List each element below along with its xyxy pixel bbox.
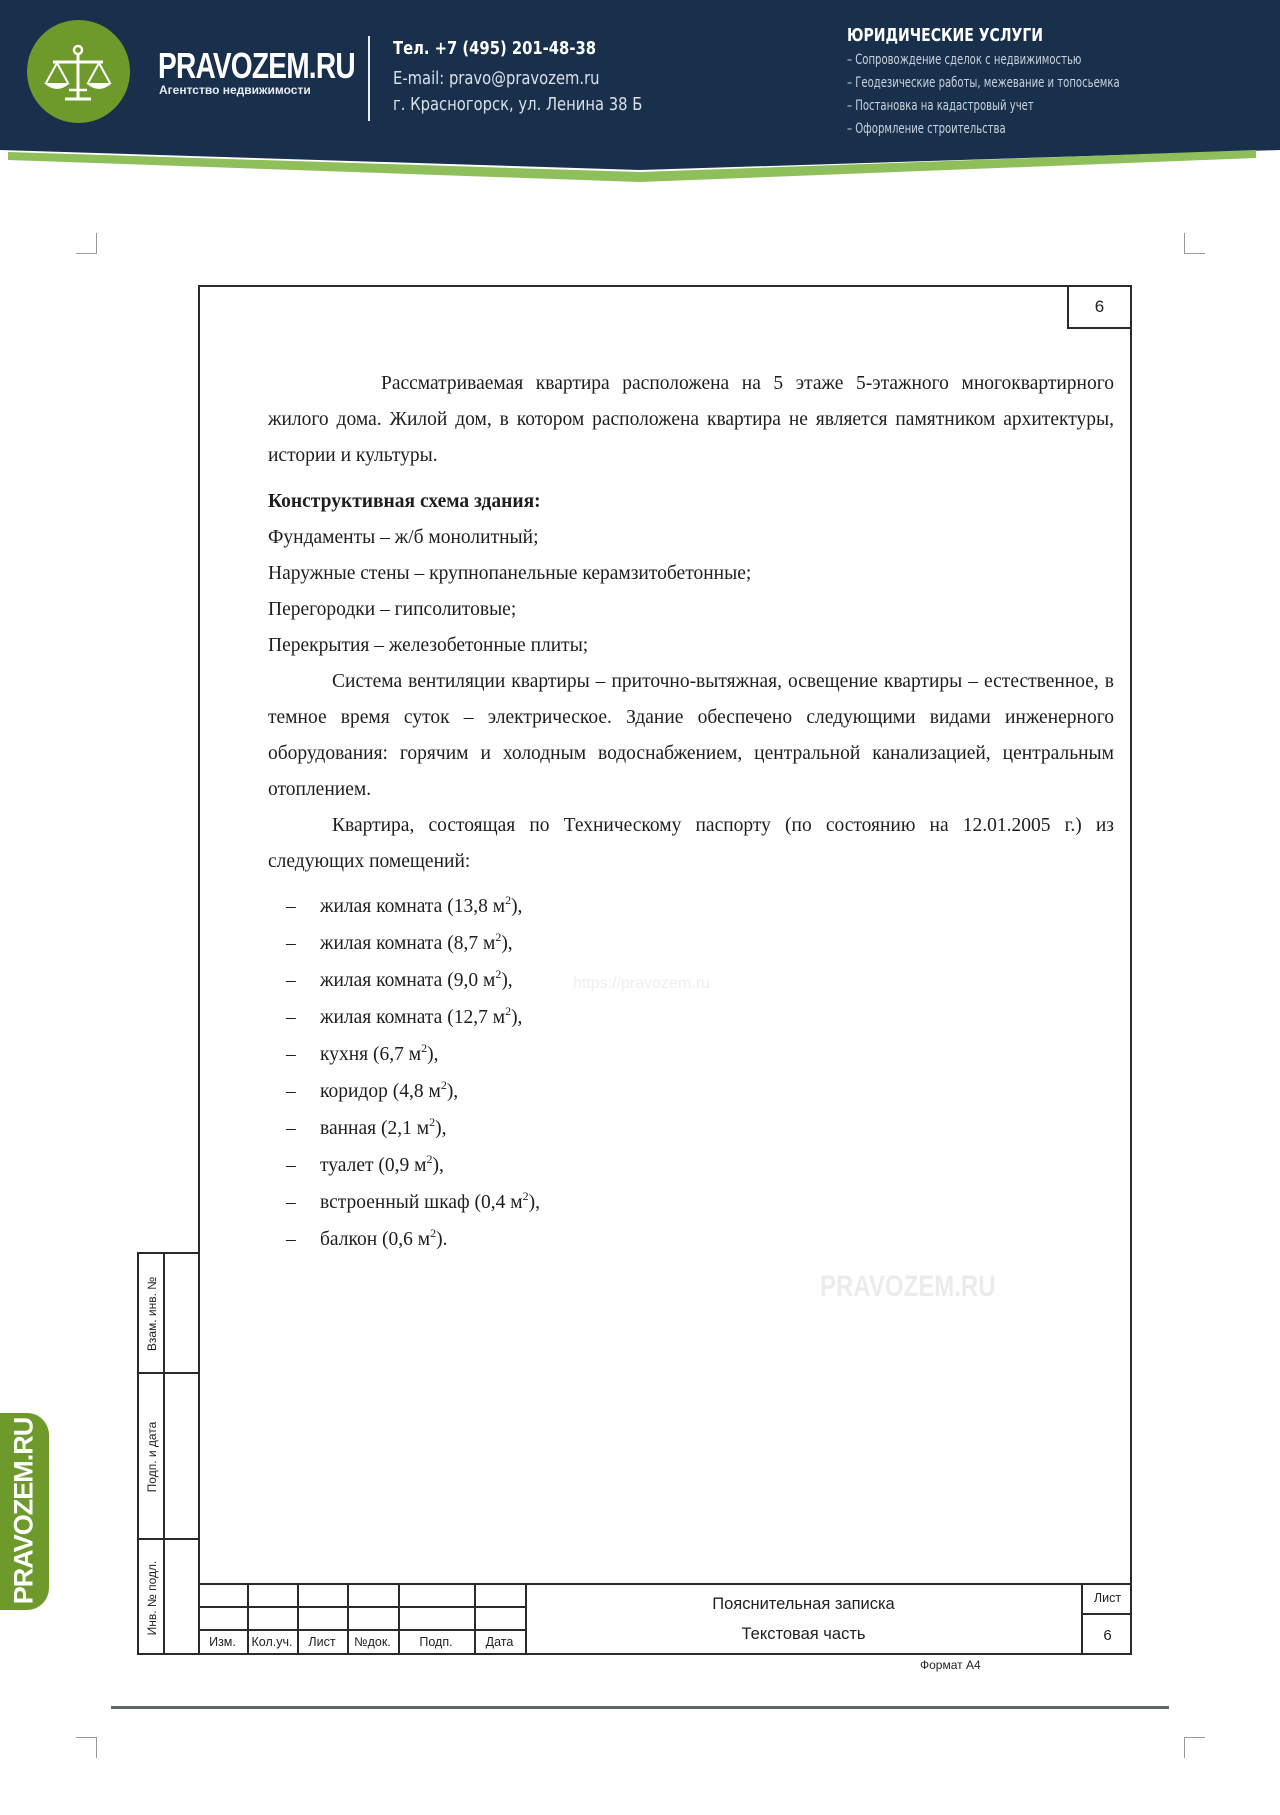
- paragraph-location: Рассматриваемая квартира расположена на …: [268, 366, 1114, 474]
- area-unit: м: [493, 1007, 505, 1028]
- stamp-title-line1: Пояснительная записка: [526, 1595, 1081, 1614]
- crop-mark-bottom-left: [76, 1737, 97, 1758]
- room-list-item: –жилая комната (13,8 м2),: [286, 888, 540, 925]
- address: г. Красногорск, ул. Ленина 38 Б: [393, 94, 642, 115]
- phone[interactable]: Тел. +7 (495) 201-48-38: [393, 38, 596, 59]
- room-end: ),: [427, 1044, 438, 1065]
- column-label: Дата: [474, 1635, 525, 1649]
- paper-format: Формат А4: [920, 1658, 981, 1672]
- room-end: ),: [529, 1192, 540, 1213]
- column-label: Изм.: [198, 1635, 247, 1649]
- rooms-list: –жилая комната (13,8 м2),–жилая комната …: [286, 888, 540, 1258]
- room-list-item: –балкон (0,6 м2).: [286, 1221, 540, 1258]
- construction-item: Наружные стены – крупнопанельные керамзи…: [268, 556, 1114, 592]
- scales-icon: [27, 20, 130, 123]
- service-item: – Геодезические работы, межевание и топо…: [847, 75, 1120, 91]
- side-cell: Подп. и дата: [139, 1374, 198, 1540]
- room-list-item: –жилая комната (12,7 м2),: [286, 999, 540, 1036]
- room-end: ),: [511, 896, 522, 917]
- brand-name[interactable]: PRAVOZEM.RU: [158, 48, 355, 84]
- room-end: ),: [511, 1007, 522, 1028]
- room-area: 0,9: [385, 1155, 409, 1176]
- room-name: коридор: [320, 1081, 388, 1102]
- room-end: ),: [432, 1155, 443, 1176]
- room-list-item: –жилая комната (9,0 м2),: [286, 962, 540, 999]
- column-label: Кол.уч.: [247, 1635, 297, 1649]
- room-name: жилая комната: [320, 1007, 442, 1028]
- column-label: №док.: [347, 1635, 398, 1649]
- tb-line: [1081, 1613, 1132, 1615]
- tb-line: [525, 1583, 527, 1655]
- room-end: ),: [435, 1118, 446, 1139]
- side-label: Инв. № подл.: [145, 1561, 159, 1636]
- sheet-label: Лист: [1083, 1591, 1132, 1605]
- room-area: 13,8: [454, 896, 488, 917]
- column-label: Подп.: [398, 1635, 474, 1649]
- document-body: Рассматриваемая квартира расположена на …: [268, 366, 1114, 880]
- list-dash: –: [286, 1221, 320, 1258]
- email[interactable]: E-mail: pravo@pravozem.ru: [393, 68, 600, 89]
- room-list-item: –туалет (0,9 м2),: [286, 1147, 540, 1184]
- logo[interactable]: [27, 20, 130, 123]
- room-list-item: –ванная (2,1 м2),: [286, 1110, 540, 1147]
- room-list-item: –встроенный шкаф (0,4 м2),: [286, 1184, 540, 1221]
- room-end: ),: [447, 1081, 458, 1102]
- construction-item: Фундаменты – ж/б монолитный;: [268, 520, 1114, 556]
- header-divider: [368, 36, 370, 121]
- room-area: 2,1: [387, 1118, 411, 1139]
- construction-item: Перегородки – гипсолитовые;: [268, 592, 1114, 628]
- area-unit: м: [409, 1044, 421, 1065]
- area-unit: м: [428, 1081, 440, 1102]
- list-dash: –: [286, 1073, 320, 1110]
- area-unit: м: [483, 933, 495, 954]
- title-block: Изм. Кол.уч. Лист №док. Подп. Дата Поясн…: [198, 1583, 1132, 1655]
- list-dash: –: [286, 962, 320, 999]
- list-dash: –: [286, 888, 320, 925]
- service-item: – Сопровождение сделок с недвижимостью: [847, 52, 1081, 68]
- room-area: 12,7: [454, 1007, 488, 1028]
- stamp-title-line2: Текстовая часть: [526, 1625, 1081, 1644]
- room-area: 9,0: [454, 970, 478, 991]
- list-dash: –: [286, 1110, 320, 1147]
- side-cell: Взам. инв. №: [139, 1254, 198, 1374]
- room-name: балкон: [320, 1229, 377, 1250]
- room-name: жилая комната: [320, 933, 442, 954]
- list-dash: –: [286, 925, 320, 962]
- room-list-item: –коридор (4,8 м2),: [286, 1073, 540, 1110]
- room-name: ванная: [320, 1118, 376, 1139]
- paragraph-engineering: Система вентиляции квартиры – приточно-в…: [268, 664, 1114, 808]
- room-end: ),: [501, 970, 512, 991]
- tb-line: [198, 1583, 1132, 1585]
- side-brand-text: PRAVOZEM.RU: [9, 1418, 40, 1605]
- room-list-item: –кухня (6,7 м2),: [286, 1036, 540, 1073]
- area-unit: м: [417, 1118, 429, 1139]
- construction-item: Перекрытия – железобетонные плиты;: [268, 628, 1114, 664]
- brand-subtitle: Агентство недвижимости: [159, 83, 311, 97]
- room-area: 0,6: [389, 1229, 413, 1250]
- service-item: – Постановка на кадастровый учет: [847, 98, 1034, 114]
- room-name: жилая комната: [320, 970, 442, 991]
- area-unit: м: [418, 1229, 430, 1250]
- crop-mark-top-left: [76, 233, 97, 254]
- watermark-brand: PRAVOZEM.RU: [820, 1270, 996, 1304]
- list-dash: –: [286, 1036, 320, 1073]
- side-brand-tab[interactable]: PRAVOZEM.RU: [0, 1413, 49, 1610]
- list-dash: –: [286, 999, 320, 1036]
- room-list-item: –жилая комната (8,7 м2),: [286, 925, 540, 962]
- column-label: Лист: [297, 1635, 347, 1649]
- page-number: 6: [1067, 285, 1132, 329]
- room-end: ),: [501, 933, 512, 954]
- services-title: ЮРИДИЧЕСКИЕ УСЛУГИ: [847, 25, 1043, 46]
- area-unit: м: [414, 1155, 426, 1176]
- room-area: 6,7: [379, 1044, 403, 1065]
- side-cell: Инв. № подл.: [139, 1540, 198, 1655]
- list-dash: –: [286, 1184, 320, 1221]
- footer-divider: [111, 1706, 1169, 1709]
- area-unit: м: [493, 896, 505, 917]
- list-dash: –: [286, 1147, 320, 1184]
- room-area: 0,4: [481, 1192, 505, 1213]
- room-name: кухня: [320, 1044, 368, 1065]
- room-name: встроенный шкаф: [320, 1192, 470, 1213]
- room-end: ).: [436, 1229, 447, 1250]
- side-label: Подп. и дата: [145, 1422, 159, 1493]
- crop-mark-bottom-right: [1184, 1737, 1205, 1758]
- site-header: PRAVOZEM.RU Агентство недвижимости Тел. …: [0, 0, 1280, 182]
- room-area: 8,7: [454, 933, 478, 954]
- construction-heading: Конструктивная схема здания:: [268, 484, 1114, 520]
- room-name: жилая комната: [320, 896, 442, 917]
- watermark-url: https://pravozem.ru: [573, 975, 710, 993]
- service-item: – Оформление строительства: [847, 121, 1006, 137]
- crop-mark-top-right: [1184, 233, 1205, 254]
- area-unit: м: [510, 1192, 522, 1213]
- room-name: туалет: [320, 1155, 374, 1176]
- sheet-number: 6: [1083, 1627, 1132, 1644]
- area-unit: м: [483, 970, 495, 991]
- paragraph-rooms-intro: Квартира, состоящая по Техническому пасп…: [268, 808, 1114, 880]
- stamp-side-column: Взам. инв. № Подп. и дата Инв. № подл.: [137, 1252, 198, 1655]
- side-label: Взам. инв. №: [145, 1277, 159, 1351]
- room-area: 4,8: [399, 1081, 423, 1102]
